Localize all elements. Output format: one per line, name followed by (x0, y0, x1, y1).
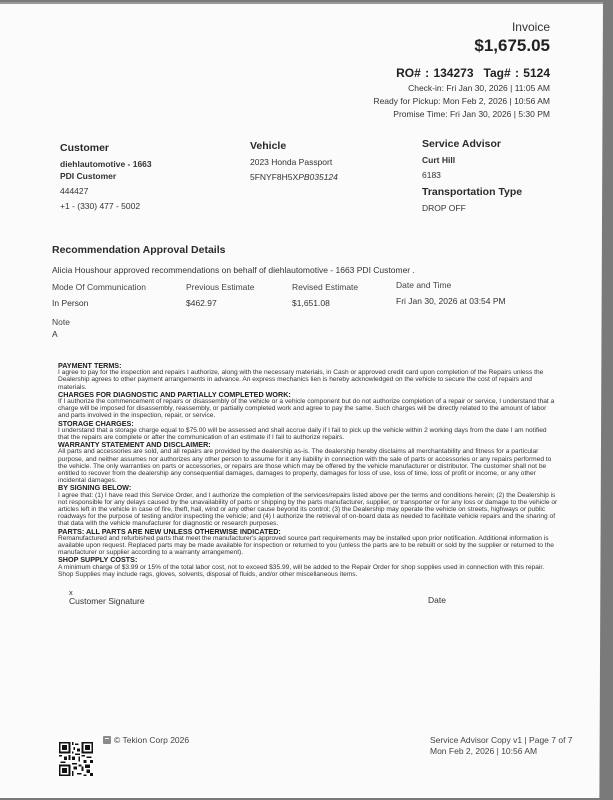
date-label: Date (428, 595, 446, 605)
printed-timestamp: Mon Feb 2, 2026 | 10:56 AM (430, 746, 573, 757)
vehicle-heading: Vehicle (250, 140, 338, 152)
terms-heading: BY SIGNING BELOW: (58, 484, 558, 491)
customer-signature-label: Customer Signature (69, 596, 145, 606)
invoice-total: $1,675.05 (373, 36, 550, 56)
customer-name-line2: PDI Customer (60, 170, 152, 182)
terms-body: I understand that a storage charge equal… (58, 427, 558, 441)
qr-code-icon (59, 742, 93, 776)
terms-heading: CHARGES FOR DIAGNOSTIC AND PARTIALLY COM… (58, 391, 558, 398)
check-in-time: Check-in: Fri Jan 30, 2026 | 11:05 AM (373, 83, 550, 93)
service-advisor-name: Curt Hill (422, 154, 501, 166)
footer-copyright: © Tekion Corp 2026 (103, 735, 189, 745)
vehicle-vin: 5FNYF8H5XPB035124 (250, 171, 338, 183)
invoice-page: Invoice $1,675.05 RO# : 134273Tag# : 512… (0, 2, 603, 798)
terms-heading: SHOP SUPPLY COSTS: (58, 556, 558, 563)
terms-heading: STORAGE CHARGES: (58, 420, 558, 427)
terms-heading: PAYMENT TERMS: (58, 362, 558, 369)
ready-for-pickup-time: Ready for Pickup: Mon Feb 2, 2026 | 10:5… (373, 96, 550, 106)
field-value: Fri Jan 30, 2026 at 03:54 PM (396, 296, 576, 306)
customer-heading: Customer (60, 142, 152, 154)
terms-body: All parts and accessories are sold, and … (58, 448, 558, 484)
transportation-value: DROP OFF (422, 202, 522, 214)
service-advisor-section: Service Advisor Curt Hill 6183 (422, 138, 501, 181)
footer-page-info: Service Advisor Copy v1 | Page 7 of 7 Mo… (430, 735, 573, 757)
terms-body: I agree to pay for the inspection and re… (58, 369, 558, 391)
customer-id: 444427 (60, 185, 152, 197)
tag-number: Tag# : 5124 (484, 66, 550, 80)
customer-phone: +1 - (330) 477 - 5002 (60, 200, 152, 212)
service-advisor-id: 6183 (422, 169, 501, 181)
transportation-heading: Transportation Type (422, 186, 522, 198)
terms-body: Remanufactured and refurbished parts tha… (58, 535, 558, 557)
vehicle-section: Vehicle 2023 Honda Passport 5FNYF8H5XPB0… (250, 140, 338, 183)
vin-prefix: 5FNYF8H5X (250, 172, 298, 182)
service-advisor-heading: Service Advisor (422, 138, 501, 150)
vehicle-model: 2023 Honda Passport (250, 156, 338, 168)
terms-and-conditions: PAYMENT TERMS: I agree to pay for the in… (58, 362, 558, 578)
customer-section: Customer diehlautomotive - 1663 PDI Cust… (60, 142, 152, 212)
transportation-section: Transportation Type DROP OFF (422, 186, 522, 214)
tekion-logo-icon (103, 736, 111, 744)
recommendation-statement: Alicia Houshour approved recommendations… (52, 265, 415, 275)
customer-name-line1: diehlautomotive - 1663 (60, 158, 152, 170)
note-value: A (52, 329, 58, 339)
recommendation-title: Recommendation Approval Details (52, 244, 225, 256)
promise-time: Promise Time: Fri Jan 30, 2026 | 5:30 PM (373, 109, 550, 119)
terms-body: I agree that: (1) I have read this Servi… (58, 492, 558, 528)
vin-suffix: PB035124 (298, 172, 338, 182)
terms-body: A minimum charge of $3.99 or 15% of the … (58, 564, 558, 578)
terms-body: If I authorize the commencement of repai… (58, 398, 558, 420)
terms-heading: PARTS: ALL PARTS ARE NEW UNLESS OTHERWIS… (58, 528, 558, 535)
invoice-title: Invoice (373, 20, 550, 34)
terms-heading: WARRANTY STATEMENT AND DISCLAIMER: (58, 441, 558, 448)
note-label: Note (52, 317, 70, 327)
date-and-time: Date and Time Fri Jan 30, 2026 at 03:54 … (396, 280, 576, 306)
copy-info: Service Advisor Copy v1 | Page 7 of 7 (430, 735, 573, 746)
field-label: Date and Time (396, 280, 576, 290)
ro-tag-line: RO# : 134273Tag# : 5124 (373, 66, 550, 80)
copyright-text: © Tekion Corp 2026 (114, 735, 189, 745)
invoice-summary: Invoice $1,675.05 RO# : 134273Tag# : 512… (373, 20, 550, 119)
ro-number: RO# : 134273 (396, 66, 473, 80)
